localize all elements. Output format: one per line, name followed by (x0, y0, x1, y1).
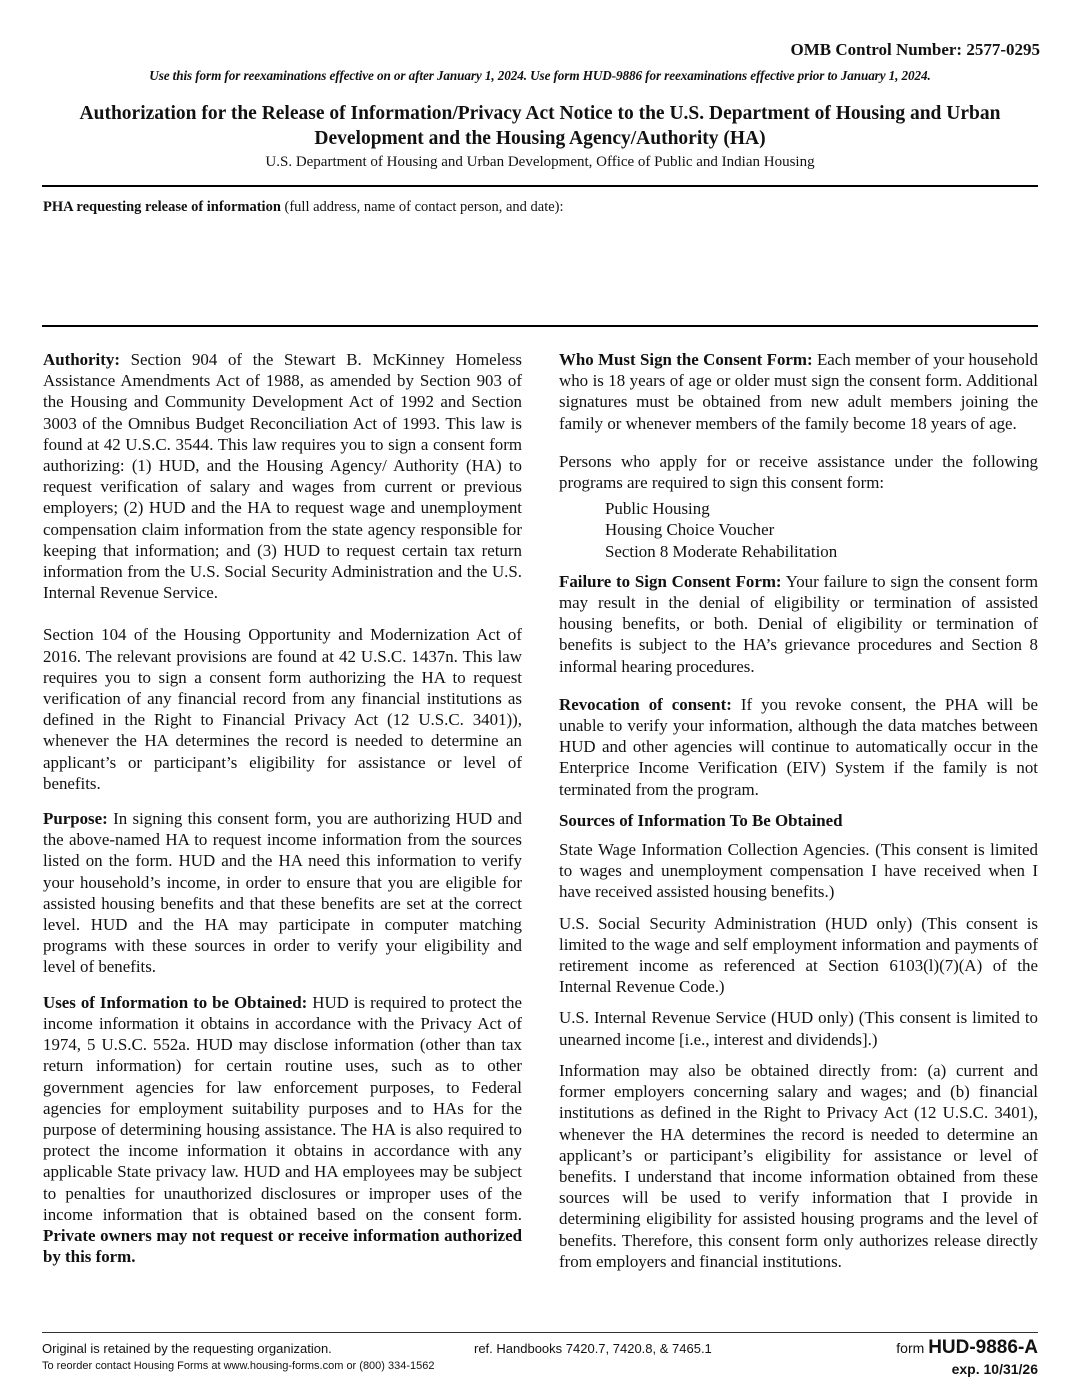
purpose-text: In signing this consent form, you are au… (43, 809, 522, 976)
form-title: Authorization for the Release of Informa… (40, 101, 1040, 151)
program-item: Section 8 Moderate Rehabilitation (605, 541, 1038, 562)
pha-request-label-bold: PHA requesting release of information (43, 199, 281, 215)
uses-paragraph: Uses of Information to be Obtained: HUD … (43, 992, 522, 1268)
revocation-heading: Revocation of consent: (559, 695, 732, 714)
pha-request-field[interactable] (43, 222, 1037, 320)
program-item: Public Housing (605, 498, 1038, 519)
programs-intro: Persons who apply for or receive assista… (559, 451, 1038, 493)
failure-heading: Failure to Sign Consent Form: (559, 572, 782, 591)
form-subtitle: U.S. Department of Housing and Urban Dev… (0, 154, 1080, 171)
purpose-paragraph: Purpose: In signing this consent form, y… (43, 808, 522, 978)
footer-form-number: form HUD-9886-A (896, 1337, 1038, 1359)
right-column: Who Must Sign the Consent Form: Each mem… (559, 349, 1038, 1272)
usage-note: Use this form for reexaminations effecti… (0, 68, 1080, 84)
footer-divider (42, 1332, 1038, 1333)
form-title-line-2: Development and the Housing Agency/Autho… (40, 126, 1040, 151)
failure-paragraph: Failure to Sign Consent Form: Your failu… (559, 571, 1038, 677)
divider-bottom (42, 325, 1038, 327)
sources-heading-text: Sources of Information To Be Obtained (559, 811, 843, 830)
source-item: U.S. Internal Revenue Service (HUD only)… (559, 1007, 1038, 1049)
uses-bold-notice: Private owners may not request or receiv… (43, 1226, 522, 1266)
footer-retained-note: Original is retained by the requesting o… (42, 1341, 332, 1356)
pha-request-label: PHA requesting release of information (f… (43, 199, 564, 216)
source-item: U.S. Social Security Administration (HUD… (559, 913, 1038, 998)
form-title-line-1: Authorization for the Release of Informa… (40, 101, 1040, 126)
purpose-heading: Purpose: (43, 809, 108, 828)
left-column: Authority: Section 904 of the Stewart B.… (43, 349, 522, 1267)
authority-text: Section 904 of the Stewart B. McKinney H… (43, 350, 522, 602)
section-104-paragraph: Section 104 of the Housing Opportunity a… (43, 624, 522, 794)
sources-heading: Sources of Information To Be Obtained (559, 810, 1038, 831)
who-must-sign-paragraph: Who Must Sign the Consent Form: Each mem… (559, 349, 1038, 434)
authority-paragraph: Authority: Section 904 of the Stewart B.… (43, 349, 522, 603)
revocation-paragraph: Revocation of consent: If you revoke con… (559, 694, 1038, 800)
authority-heading: Authority: (43, 350, 120, 369)
pha-request-hint: (full address, name of contact person, a… (281, 199, 564, 215)
divider-top (42, 185, 1038, 187)
direct-sources-paragraph: Information may also be obtained directl… (559, 1060, 1038, 1272)
source-item: State Wage Information Collection Agenci… (559, 839, 1038, 903)
omb-control-number: OMB Control Number: 2577-0295 (791, 40, 1040, 60)
footer-form-id: HUD-9886-A (928, 1337, 1038, 1358)
footer-form-prefix: form (896, 1340, 928, 1356)
who-must-sign-heading: Who Must Sign the Consent Form: (559, 350, 813, 369)
uses-heading: Uses of Information to be Obtained: (43, 993, 307, 1012)
uses-text: HUD is required to protect the income in… (43, 993, 522, 1224)
footer-reorder-info: To reorder contact Housing Forms at www.… (42, 1360, 435, 1372)
program-item: Housing Choice Voucher (605, 519, 1038, 540)
footer-expiration: exp. 10/31/26 (952, 1361, 1038, 1377)
form-page: OMB Control Number: 2577-0295 Use this f… (0, 0, 1080, 1398)
footer-handbooks-ref: ref. Handbooks 7420.7, 7420.8, & 7465.1 (474, 1341, 712, 1356)
